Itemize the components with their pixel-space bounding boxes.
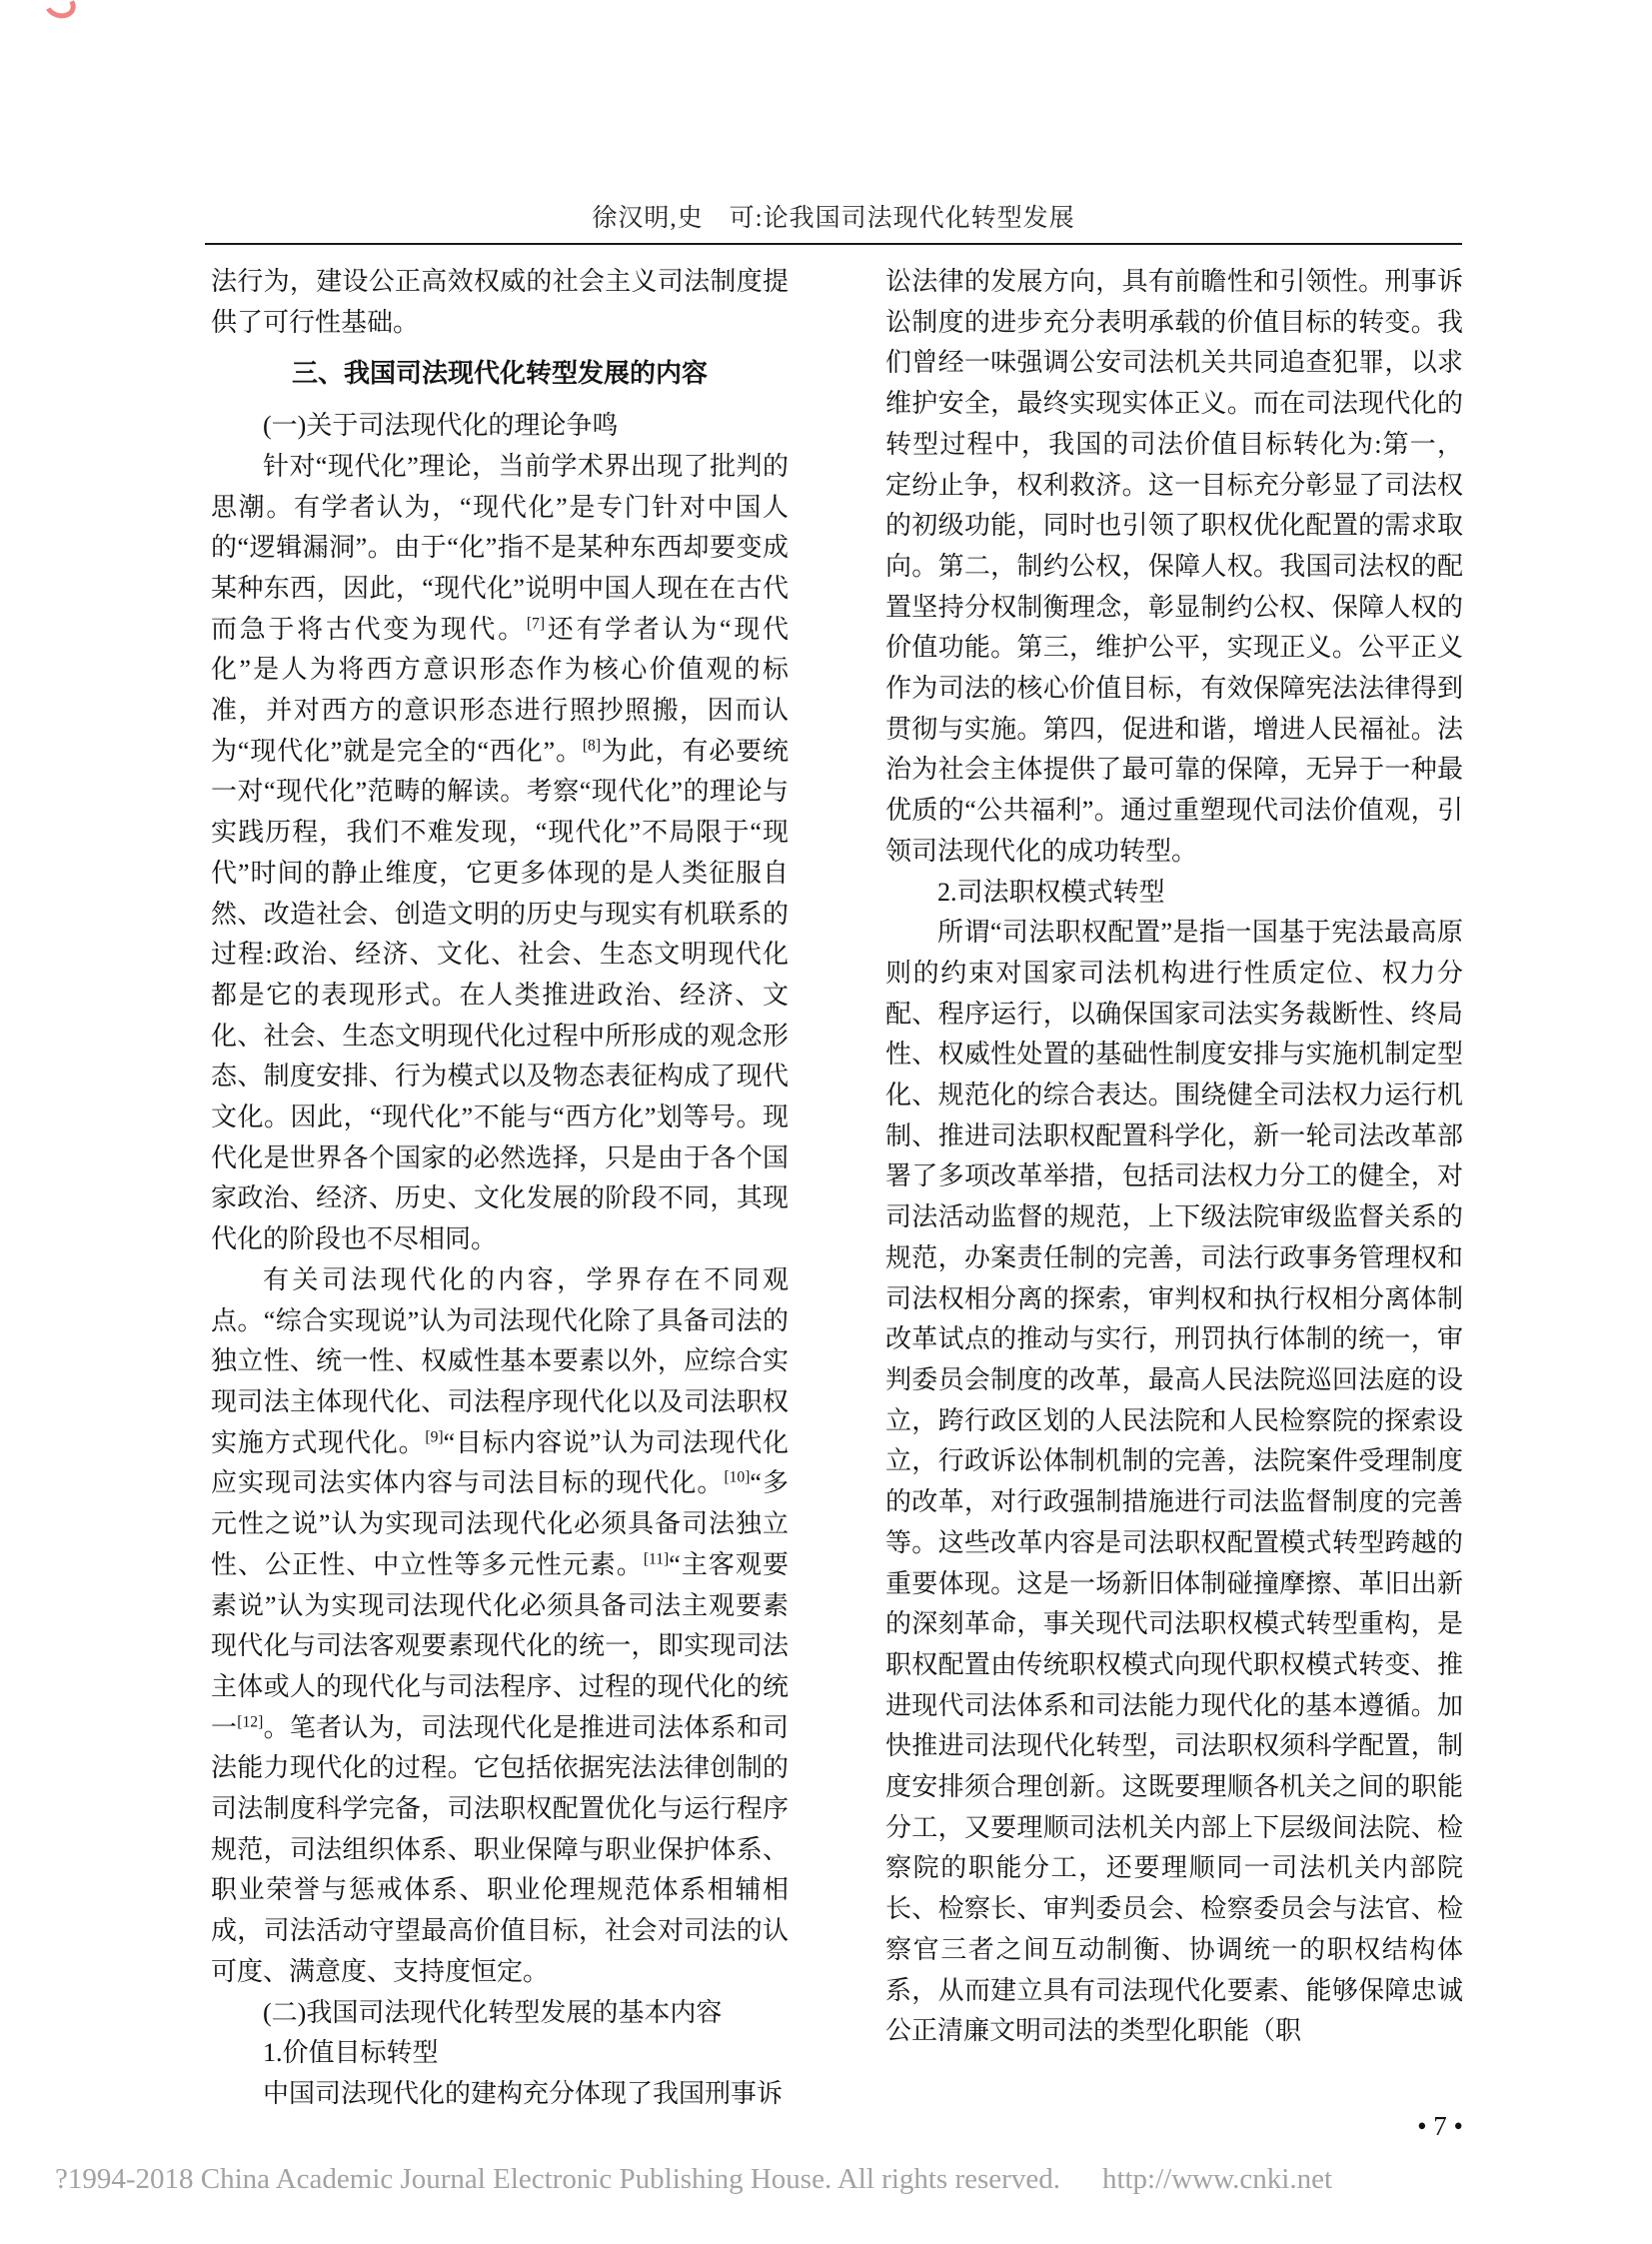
left-text-column: 法行为，建设公正高效权威的社会主义司法制度提供了可行性基础。三、我国司法现代化转… [211, 262, 789, 2115]
footnote-ref: [10] [724, 1469, 750, 1486]
numbered-heading: 2.司法职权模式转型 [885, 873, 1463, 914]
footnote-ref: [7] [527, 615, 545, 632]
paragraph: 有关司法现代化的内容，学界存在不同观点。“综合实现说”认为司法现代化除了具备司法… [211, 1260, 789, 1993]
footnote-ref: [11] [644, 1550, 669, 1567]
paragraph: 讼法律的发展方向，具有前瞻性和引领性。刑事诉讼制度的进步充分表明承载的价值目标的… [885, 262, 1463, 873]
paragraph: 所谓“司法职权配置”是指一国基于宪法最高原则的约束对国家司法机构进行性质定位、权… [885, 913, 1463, 2052]
footer-url: http://www.cnki.net [1102, 2163, 1332, 2195]
footnote-ref: [9] [425, 1428, 443, 1445]
paragraph: 法行为，建设公正高效权威的社会主义司法制度提供了可行性基础。 [211, 262, 789, 343]
red-scan-artifact-mark [41, 0, 79, 22]
subsection-heading: (二)我国司法现代化转型发展的基本内容 [211, 1993, 789, 2034]
footer: ?1994-2018 China Academic Journal Electr… [55, 2163, 1614, 2196]
right-text-column: 讼法律的发展方向，具有前瞻性和引领性。刑事诉讼制度的进步充分表明承载的价值目标的… [885, 262, 1463, 2052]
subsection-heading: (一)关于司法现代化的理论争鸣 [211, 406, 789, 447]
paragraph: 中国司法现代化的建构充分体现了我国刑事诉 [211, 2074, 789, 2115]
footnote-ref: [12] [237, 1713, 263, 1730]
numbered-heading: 1.价值目标转型 [211, 2033, 789, 2074]
footnote-ref: [8] [583, 737, 601, 754]
paragraph: 针对“现代化”理论，当前学术界出现了批判的思潮。有学者认为，“现代化”是专门针对… [211, 447, 789, 1260]
running-head: 徐汉明,史 可:论我国司法现代化转型发展 [205, 198, 1462, 234]
footer-copyright: ?1994-2018 China Academic Journal Electr… [55, 2163, 1060, 2195]
page-number: • 7 • [1339, 2111, 1463, 2142]
section-heading: 三、我国司法现代化转型发展的内容 [211, 354, 789, 395]
header-rule [205, 243, 1462, 245]
